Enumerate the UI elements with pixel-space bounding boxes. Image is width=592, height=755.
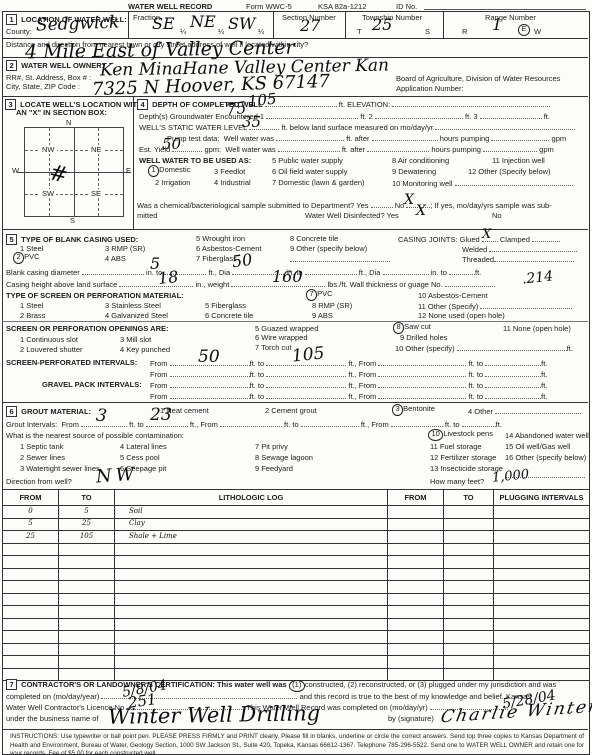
id-number-label: ID No. [396,2,417,11]
sample-no-label: No [395,201,405,210]
fte: ft. [475,268,481,277]
in-weight: in., weight [196,280,230,289]
range-r: R [462,27,467,36]
section2-title: WATER WELL OWNER: [21,61,104,70]
gw-ft2: ft. 2 [360,112,373,121]
casing-opt-5: 5 Wrought iron [196,234,245,243]
opening-opt-2: 2 Louvered shutter [20,345,83,354]
height-blank [119,279,193,287]
contam-opt-4: 4 Lateral lines [120,442,167,451]
sample-rest2: mitted [137,211,157,220]
form-number: Form WWC-5 [246,2,292,11]
compass-west: W [12,166,19,175]
casing-other-blank [290,254,390,262]
col-from: FROM [3,490,59,506]
yield-blank3 [367,144,429,152]
opening-opt-9: 9 Drilled holes [400,333,448,342]
material-opt-11: 11 Other (Specify) [418,302,478,311]
blank [170,369,250,377]
elevation-blank [392,99,550,107]
grout-opt-3-circled: 3 [392,404,403,416]
direction-value: NW [95,466,138,487]
opening-opt-11: 11 None (open hole) [503,324,571,333]
divider [2,96,588,97]
compass-south: S [70,216,75,225]
spi-from2-blank [378,358,466,366]
casing-opt-6: 6 Asbestos-Cement [196,244,261,253]
address-line1-label: RR#, St. Address, Box # : [6,73,91,82]
screen-material-title: TYPE OF SCREEN OR PERFORATION MATERIAL: [6,291,184,300]
table-row [3,606,590,619]
casing-height-label: Casing height above land surface [6,280,117,289]
use-opt-5: 5 Public water supply [272,156,343,165]
quarter-glyph: ¼ [180,27,186,36]
use-label: WELL WATER TO BE USED AS: [139,156,251,165]
township-t: T [357,27,362,36]
static-suffix: ft. below land surface measured on mo/da… [281,123,433,132]
contam-opt-10-circled: 10 [428,429,443,441]
log-from: 25 [3,531,59,544]
contam-opt-10: Livestock pens [443,429,493,438]
log-to: 105 [59,531,115,544]
form-title: WATER WELL RECORD [128,2,212,11]
ft-from: ft., From [190,420,218,429]
dia3-blank [383,267,429,275]
use-opt-8: 8 Air conditioning [392,156,449,165]
opening-opt-3: 3 Mill slot [120,335,151,344]
disinfected-no-label: No [492,211,502,220]
opening-opt-5: 5 Guazed wrapped [255,324,318,333]
gauge-value: .214 [521,269,553,286]
fte: ft. [496,420,502,429]
quadrant-nw: NW [40,145,57,154]
business-name-value: Winter Well Drilling [108,703,320,728]
casing-opt-3: 3 RMP (SR) [105,244,145,253]
contam-opt-12: 12 Fertilizer storage [430,453,496,462]
gpm-label: gpm [552,134,567,143]
blank [266,369,346,377]
col-plugging-intervals: PLUGGING INTERVALS [494,490,590,506]
section2-number: 2 [6,60,17,71]
water-well-record-form: WATER WELL RECORD Form WWC-5 KSA 82a-121… [0,0,592,755]
plug-from [388,518,444,531]
section6-number: 6 [6,406,17,417]
section-number-value: 27 [300,18,320,34]
threaded-blank [494,254,574,262]
ft-to: ft. to [468,370,483,379]
compass-north: N [66,118,71,127]
material-opt-8: 8 RMP (SR) [312,301,352,310]
hours-pumping: hours pumping [440,134,490,143]
opening-ft: ft. [567,344,573,353]
gravel-pack-label: GRAVEL PACK INTERVALS: [42,380,142,389]
blank [170,391,250,399]
spi-to2-blank [485,358,541,366]
from: From [150,370,168,379]
agency-line1: Board of Agriculture, Division of Water … [396,74,560,83]
use-opt-3: 3 Feedlot [214,167,245,176]
casing-height-value: 18 [157,269,179,287]
material-opt-6: 6 Concrete tile [205,311,253,320]
table-row [3,543,590,556]
blank [378,369,466,377]
opening-opt-1: 1 Continuous slot [20,335,78,344]
address-line2-label: City, State, ZIP Code : [6,82,80,91]
contam-opt-7: 7 Pit privy [255,442,288,451]
ft-to: ft. to [250,370,265,379]
blank [266,380,346,388]
table-row: 05Soil [3,506,590,519]
divider [2,229,588,230]
opening-opt-10: 10 Other (specify) [395,344,455,353]
opening-opt-6: 6 Wire wrapped [255,333,308,342]
fte: ft. [541,370,547,379]
material-opt-4: 4 Galvanized Steel [105,311,168,320]
range-east-circled: E [518,24,530,36]
ft-to: ft. to [250,381,265,390]
table-row [3,656,590,669]
pump-blank2 [372,133,438,141]
col-from-2: FROM [388,490,444,506]
diameter-to-value: 50 [231,252,253,271]
yield-blank4 [483,144,537,152]
license-label: Water Well Contractor's Licence No [6,703,124,712]
ft-from: ft., From [348,370,376,379]
ft-to: ft. to [445,420,460,429]
section3-title-line2: AN "X" IN SECTION BOX: [16,108,107,117]
pump-blank3 [491,133,549,141]
from: From [61,420,79,429]
id-number-blank [424,2,586,10]
divider [2,38,588,39]
application-number-label: Application Number: [396,84,464,93]
gauge-blank [445,279,495,287]
section1-number: 1 [6,14,17,25]
use-opt-12: 12 Other (Specify below) [468,167,551,176]
material-opt-12: 12 None used (open hole) [418,311,505,320]
gw-fte: ft. [544,112,550,121]
range-west: W [534,27,541,36]
ft-from: ft., From [348,359,376,368]
sample-no-x: X [404,193,414,207]
yield-value: 50 [162,137,181,152]
signature-label: by (signature) [388,714,434,723]
ft-dia: ft., Dia [208,268,230,277]
blank [266,391,346,399]
ft-from: ft., From [348,381,376,390]
plug-from [388,506,444,519]
use-opt-7: 7 Domestic (lawn & garden) [272,178,365,187]
ft-to: ft. to [129,420,144,429]
compass-east: E [126,166,131,175]
opening-opt-8-circled: 8 [393,322,404,334]
divider [2,321,588,322]
ft-after: ft. after [342,145,365,154]
table-row [3,593,590,606]
feet-value: 1,000 [491,468,529,485]
disinfected-yes-x: X [416,204,426,218]
gw2-blank [375,111,463,119]
quarter-glyph: ¼ [258,27,264,36]
gw3-blank [480,111,542,119]
gw-ft3: ft. 3 [465,112,478,121]
log-to: 25 [59,518,115,531]
ft-from: ft., From [361,420,389,429]
hours-pumping: hours pumping [431,145,481,154]
from: From [150,381,168,390]
use-opt-11: 11 Injection well [492,156,545,165]
welded-label: Welded [462,245,487,254]
well-water-was: Well water was [225,145,275,154]
casing-joints-label: CASING JOINTS: Glued [398,235,480,244]
table-header-row: FROM TO LITHOLOGIC LOG FROM TO PLUGGING … [3,490,590,506]
use-opt-1-circled: 1 [148,165,159,177]
use-opt-6: 6 Oil field water supply [272,167,347,176]
grout-from-value: 3 [95,407,108,425]
grout-to-value: 23 [150,407,172,424]
casing-opt-2: PVC [24,252,39,261]
col-lithologic-log: LITHOLOGIC LOG [115,490,388,506]
section7-number: 7 [6,679,17,690]
county-value: Sedgwick [36,15,120,35]
screen-interval-to-value: 105 [291,345,325,365]
divider [345,11,346,38]
grout-title: GROUT MATERIAL: [21,407,91,416]
fraction-se: SE [152,16,175,32]
casing-opt-2-circled: 2 [13,252,24,264]
plug-desc [494,531,590,544]
section5-number: 5 [6,234,17,245]
casing-opt-9: 9 Other (specify below) [290,244,367,253]
table-row [3,643,590,656]
fte: ft. [541,392,547,401]
plug-desc [494,518,590,531]
business-name-label: under the business name of [6,714,99,723]
material-opt-2: 2 Brass [20,311,45,320]
col-to-2: TO [444,490,494,506]
form-ksa: KSA 82a-1212 [318,2,366,11]
constructed-1-circled: (1) [289,680,305,692]
divider [2,402,588,403]
plug-desc [494,506,590,519]
plug-to [444,506,494,519]
material-opt-3: 3 Stainless Steel [105,301,161,310]
contam-opt-11: 11 Fuel storage [430,442,482,451]
contam-opt-3: 3 Watertight sewer lines [20,464,100,473]
diameter-blank [82,267,144,275]
contam-opt-15: 15 Oil well/Gas well [505,442,570,451]
ft-to: ft. to [468,392,483,401]
dia2-to-blank [305,267,357,275]
section-box: NW NE SW SE # [24,127,124,217]
opening-opt-8: Saw cut [404,322,431,331]
yield-blank2 [278,144,340,152]
gpm-label: gpm [539,145,554,154]
opening-other-blank [457,343,567,351]
grout-intervals-label: Grout Intervals: [6,420,57,429]
openings-title: SCREEN OR PERFORATION OPENINGS ARE: [6,324,169,333]
gw1-blank [266,111,358,119]
divider [133,96,134,229]
static-level-value: 35 [242,115,261,130]
ft-to: ft. to [250,359,265,368]
center-line [17,172,131,173]
glued-x: X [482,228,491,241]
divider [2,729,588,730]
log-desc: Soil [115,506,388,519]
table-row [3,631,590,644]
county-label: County: [6,27,32,36]
township-s: S [425,27,430,36]
gpm-colon: gpm: [204,145,221,154]
material-opt-1: 1 Steel [20,301,43,310]
lithologic-log-table: FROM TO LITHOLOGIC LOG FROM TO PLUGGING … [2,489,590,681]
grout-opt-3: Bentonite [403,404,435,413]
screen-intervals-label: SCREEN-PERFORATED INTERVALS: [6,358,137,367]
plug-to [444,518,494,531]
blank [485,369,541,377]
static-date-blank [435,122,575,130]
sample-question: Was a chemical/bacteriological sample su… [137,201,369,210]
blank [301,419,359,427]
certification-text-2: constructed, (2) reconstructed, or (3) p… [305,680,556,689]
log-from: 0 [3,506,59,519]
clamped-label: Clamped [500,235,530,244]
ft-to: ft. to [468,381,483,390]
clamped-blank [532,234,560,242]
quadrant-se: SE [89,189,103,198]
ft-to: ft. to [284,420,299,429]
material-opt-5: 5 Fiberglass [205,301,246,310]
ft-after: ft. after [346,134,369,143]
plug-to [444,531,494,544]
quarter-glyph: ¼ [218,27,224,36]
depth-value: 105 [247,92,277,110]
plug-from [388,531,444,544]
grout-other-blank [495,406,581,414]
divider [128,11,129,38]
use-opt-1: Domestic [159,165,190,174]
material-opt-9: 9 ABS [312,311,333,320]
use-opt-10: 10 Monitoring well [392,179,452,188]
instructions-text: INSTRUCTIONS: Use typewriter or ball poi… [10,733,584,755]
threaded-label: Threaded [462,255,494,264]
table-row [3,618,590,631]
from: From [150,392,168,401]
completed-on-label: completed on (mo/day/year) [6,692,99,701]
in-to: in. to [431,268,447,277]
table-row [3,568,590,581]
material-other-blank [480,301,572,309]
contam-opt-8: 8 Sewage lagoon [255,453,313,462]
section5-title: TYPE OF BLANK CASING USED: [21,235,138,244]
table-row: 525Clay [3,518,590,531]
township-value: 25 [372,17,392,33]
grout-opt-4: 4 Other [468,407,493,416]
diameter-label: Blank casing diameter [6,268,80,277]
welded-blank [489,244,577,252]
static-level-label: WELL'S STATIC WATER LEVEL [139,123,247,132]
contam-opt-5: 5 Cess pool [120,453,160,462]
elevation-label: ft. ELEVATION: [339,100,390,109]
log-desc: Shale + Lime [115,531,388,544]
sample-rest: ; If yes, mo/day/yrs sample was sub- [430,201,551,210]
how-many-feet-label: How many feet? [430,477,484,486]
contam-opt-14: 14 Abandoned water well [505,431,589,440]
pump-blank1 [276,133,344,141]
use-opt-9: 9 Dewatering [392,167,436,176]
casing-opt-4: 4 ABS [105,254,126,263]
fraction-ne: NE [190,14,216,30]
range-value: 1 [492,17,502,33]
material-opt-10: 10 Asbestos-Cement [418,291,488,300]
material-opt-7-circled: 7 [306,289,317,301]
fte: ft. [541,381,547,390]
log-desc: Clay [115,518,388,531]
fte: ft. [541,359,547,368]
divider [443,11,444,38]
well-location-mark: # [47,162,70,188]
blank [485,391,541,399]
col-to: TO [59,490,115,506]
blank [485,380,541,388]
blank [391,419,443,427]
blank [170,380,250,388]
section4-number: 4 [137,99,148,110]
sample-yes-blank [371,200,393,208]
casing-opt-8: 8 Concrete tile [290,234,338,243]
use-opt-4: 4 Industrial [214,178,251,187]
certification-text-3: and this record is true to the best of m… [300,692,531,701]
weight-value: 160 [272,269,303,285]
blank [462,419,496,427]
table-row: 25105Shale + Lime [3,531,590,544]
direction-label: Direction from well? [6,477,72,486]
opening-opt-4: 4 Key punched [120,345,170,354]
ft-to: ft. to [468,359,483,368]
grout-opt-2: 2 Cement grout [265,406,317,415]
log-to: 5 [59,506,115,519]
contam-opt-9: 9 Feedyard [255,464,293,473]
blank [378,391,466,399]
fraction-sw: SW [228,16,255,32]
ft-from: ft., From [348,392,376,401]
from: From [150,359,168,368]
ft-dia: ft., Dia [359,268,381,277]
blank [220,419,282,427]
section3-number: 3 [5,99,16,110]
weight-suffix: lbs./ft. Wall thickness or guage No. [327,280,442,289]
dia3-to-blank [449,267,475,275]
blank [378,380,466,388]
screen-interval-from-value: 50 [198,349,220,366]
table-row [3,556,590,569]
contam-opt-1: 1 Septic tank [20,442,63,451]
contamination-label: What is the nearest source of possible c… [6,431,184,440]
well-water-was: Well water was [224,134,274,143]
divider [273,11,274,38]
contam-opt-16: 16 Other (specify below) [505,453,586,462]
use-opt-10-blank [455,178,573,186]
opening-opt-7: 7 Torch cut [255,343,292,352]
use-opt-2: 2 Irrigation [155,178,190,187]
table-row [3,581,590,594]
disinfected-label: Water Well Disinfected? Yes [305,211,399,220]
contam-opt-2: 2 Sewer lines [20,453,65,462]
quadrant-ne: NE [89,145,103,154]
material-opt-7: PVC [317,289,332,298]
ft-to: ft. to [250,392,265,401]
